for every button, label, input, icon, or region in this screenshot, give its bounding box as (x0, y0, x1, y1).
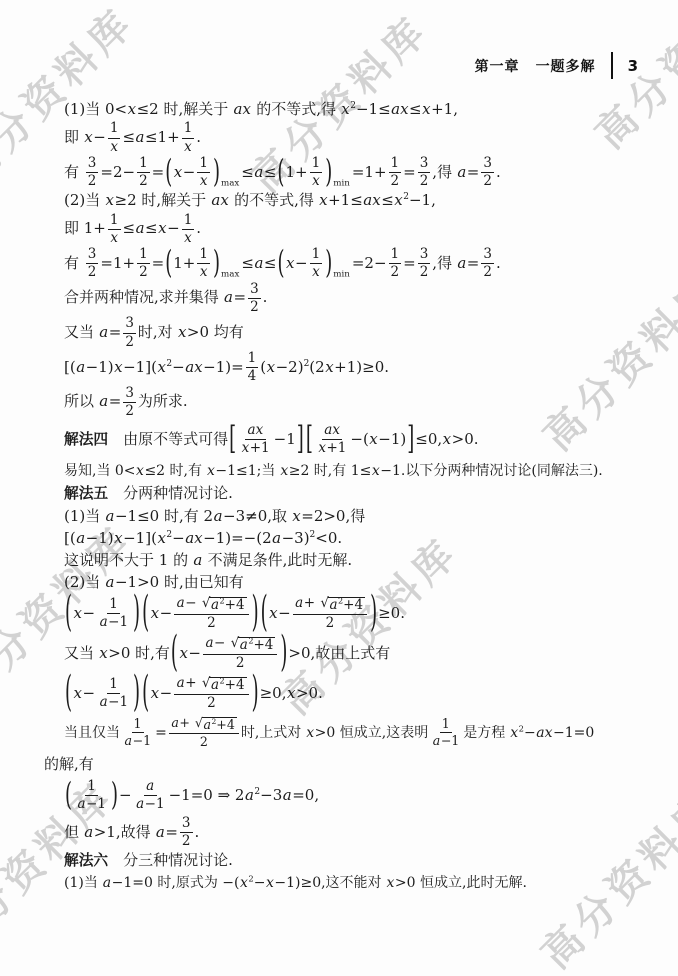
text-run: <0. (315, 529, 342, 547)
text-run: ,得 (432, 254, 457, 272)
fraction-denominator: x (310, 173, 323, 189)
math-variable: x (177, 323, 186, 341)
math-variable: ax (233, 100, 251, 118)
big-paren: ( (165, 248, 172, 280)
text-run: (1)当 (64, 875, 102, 891)
math-variable: a (76, 529, 86, 547)
fraction: 1x (310, 156, 323, 189)
fraction: 32 (418, 247, 431, 280)
text-run: . (263, 288, 268, 306)
math-variable: a (176, 595, 185, 611)
text-run: +1 (326, 440, 346, 456)
text-run: = (165, 823, 178, 841)
text-run: =1+ (352, 163, 387, 181)
math-variable: ax (185, 358, 203, 376)
math-variable: x (286, 254, 295, 272)
fraction: 32 (86, 156, 99, 189)
text-run: 2 (207, 695, 216, 711)
text-run: 不满足条件,此时无解. (203, 551, 352, 569)
text-run: 又当 (64, 323, 99, 341)
math-variable: x (371, 463, 380, 479)
text-run: −1 (86, 796, 106, 812)
text-line: (x−1a−1)(x−a+ √a2+42)≥0,x>0. (44, 673, 648, 713)
math-variable: x (184, 230, 193, 246)
text-run: ≥2 时,有 1≤ (289, 463, 372, 479)
math-variable: a (205, 635, 214, 651)
fraction-numerator: 1 (182, 121, 195, 138)
math-variable: a (239, 637, 248, 653)
math-variable: ax (211, 191, 229, 209)
text-run: = (152, 254, 165, 272)
fraction: a+ √a2+42 (174, 676, 248, 711)
sqrt-radical: √a2+4 (231, 637, 276, 653)
text-run: 时,上式对 (241, 725, 306, 741)
fraction: 32 (248, 282, 261, 315)
math-variable: x (150, 604, 159, 622)
math-variable: x (280, 463, 289, 479)
big-paren: ) (133, 593, 140, 635)
math-variable: x (99, 644, 108, 662)
math-variable: x (422, 100, 431, 118)
math-variable: ax (536, 725, 553, 741)
text-run: 3 (420, 246, 429, 262)
math-variable: x (114, 358, 123, 376)
fraction: 32 (180, 816, 193, 849)
fraction-denominator: 2 (86, 173, 99, 189)
text-run: − (254, 875, 266, 891)
text-run: 2 (420, 173, 429, 189)
text-run: +1)≥0. (334, 358, 389, 376)
text-run: 有 (64, 163, 84, 181)
text-run: >0,故由上式有 (288, 644, 390, 662)
fraction-denominator: 2 (418, 264, 431, 280)
text-run: −2) (276, 358, 304, 376)
math-variable: a (135, 128, 145, 146)
text-run: ≤ (264, 163, 277, 181)
fraction: a− √a2+42 (203, 636, 277, 671)
math-variable: x (73, 684, 82, 702)
text-run: − (214, 635, 230, 651)
fraction-denominator: 2 (389, 173, 402, 189)
page-header: 第一章 一题多解 3 (475, 52, 638, 79)
math-variable: ax (247, 422, 264, 438)
text-run: +4 (216, 717, 235, 732)
text-run: >0 时,有 (108, 644, 170, 662)
fraction-denominator: 2 (248, 299, 261, 315)
fraction: 12 (137, 247, 150, 280)
text-line: (1)当 a−1≤0 时,有 2a−3≠0,取 x=2>0,得 (44, 505, 648, 527)
text-line: 有 32=1+12=(1+1x)max≤a≤(x−1x)min=2−12=32,… (44, 246, 648, 281)
text-run: +4 (253, 637, 273, 653)
text-run: 2 (139, 173, 148, 189)
text-run: − (83, 604, 96, 622)
text-run: + (185, 675, 201, 691)
math-variable: x (341, 100, 350, 118)
big-paren: ) (133, 673, 140, 715)
big-paren: ( (65, 780, 72, 812)
math-variable: a (457, 254, 467, 272)
math-variable: x (312, 264, 321, 280)
text-run: = (152, 163, 165, 181)
fraction: 1a−1 (97, 597, 130, 630)
radicand: a2+4 (328, 597, 365, 613)
text-run: (2)当 (64, 191, 105, 209)
fraction-numerator: 1 (108, 213, 121, 230)
fraction-numerator: 1 (197, 156, 210, 173)
fraction-denominator: 4 (246, 368, 259, 384)
text-run: −1 (441, 733, 460, 748)
text-run: − (185, 595, 201, 611)
text-run: + (304, 595, 320, 611)
text-run: = (109, 323, 122, 341)
text-run: 1+ (173, 254, 195, 272)
fraction-denominator: 2 (418, 173, 431, 189)
text-run: 2 (483, 264, 492, 280)
text-run: >0 恒成立,这表明 (315, 725, 429, 741)
fraction-numerator: 3 (418, 156, 431, 173)
text-run: + (179, 715, 194, 730)
math-variable: x (157, 529, 166, 547)
text-run: 1 (199, 155, 208, 171)
big-paren: ) (252, 593, 259, 635)
fraction-denominator: a−1 (75, 796, 108, 812)
text-run: − (83, 684, 96, 702)
text-run: 1 (87, 778, 96, 794)
text-run: (2 (309, 358, 324, 376)
fraction-numerator: a− √a2+4 (174, 596, 248, 615)
text-run: −1=0 (553, 725, 594, 741)
text-run: −1)≥0,这不能对 (274, 875, 386, 891)
text-run: − (119, 786, 132, 804)
text-line: 即 1+1x≤a≤x−1x. (44, 211, 648, 246)
fraction-numerator: ax (245, 423, 266, 440)
fraction-denominator: 2 (180, 833, 193, 849)
sqrt-radical: √a2+4 (202, 677, 247, 693)
fraction-denominator: a−1 (430, 733, 461, 748)
fraction-numerator: 3 (86, 247, 99, 264)
text-line: 解法六 分三种情况讨论. (44, 849, 648, 872)
text-line: 的解,有 (44, 753, 648, 775)
header-divider-bar (611, 52, 613, 79)
text-run: = (234, 288, 247, 306)
text-run: 1 (139, 155, 148, 171)
math-variable: ax (363, 191, 381, 209)
text-run: 1 (110, 120, 119, 136)
text-run: 4 (248, 368, 257, 384)
text-run: 这说明不大于 1 的 (64, 551, 193, 569)
text-run: −1 (108, 694, 128, 710)
fraction: 1x (108, 121, 121, 154)
big-paren: [ (306, 424, 313, 456)
text-run: −1]( (123, 529, 157, 547)
fraction-numerator: 1 (132, 717, 144, 733)
text-run: 2 (207, 615, 216, 631)
text-run: 2 (125, 334, 134, 350)
text-line: 但 a>1,故得 a=32. (44, 815, 648, 850)
math-variable: a (99, 323, 109, 341)
text-run: = (403, 254, 416, 272)
section-title: 一题多解 (536, 56, 596, 76)
fraction-denominator: a−1 (97, 694, 130, 710)
math-variable: a (457, 163, 467, 181)
big-paren: ) (213, 157, 220, 189)
text-run: −3) (282, 529, 310, 547)
text-run: 2 (391, 173, 400, 189)
math-variable: a (99, 694, 108, 710)
math-variable: x (127, 100, 136, 118)
text-run: 2 (88, 173, 97, 189)
math-variable: a (432, 733, 441, 748)
text-run: 3 (420, 155, 429, 171)
fraction-numerator: 3 (180, 816, 193, 833)
fraction-numerator: 1 (137, 156, 150, 173)
text-line: 所以 a=32为所求. (44, 384, 648, 419)
text-line: (x−1a−1)(x−a− √a2+42)(x−a+ √a2+42)≥0. (44, 593, 648, 633)
big-paren: ) (370, 593, 377, 635)
math-variable: x (312, 173, 321, 189)
fraction-numerator: 3 (123, 316, 136, 333)
fraction-numerator: 3 (86, 156, 99, 173)
radicand: a2+4 (202, 717, 237, 732)
text-run: 1 (199, 246, 208, 262)
text-run: 1 (184, 212, 193, 228)
text-line: 易知,当 0<x≤2 时,有 x−1≤1;当 x≥2 时,有 1≤x−1.以下分… (44, 460, 648, 482)
fraction-numerator: 3 (123, 386, 136, 403)
text-run: 1 (184, 120, 193, 136)
fraction: 1a−1 (75, 779, 108, 812)
big-paren: ) (111, 780, 118, 812)
text-run: +4 (343, 597, 363, 613)
math-variable: x (84, 128, 93, 146)
math-variable: a (99, 392, 109, 410)
text-run: − (172, 529, 185, 547)
math-variable: x (442, 430, 451, 448)
fraction-denominator: 2 (123, 403, 136, 419)
text-run: 1 (110, 212, 119, 228)
text-run: 时,对 (138, 323, 178, 341)
text-run: 为所求. (138, 392, 188, 410)
text-line: 即 x−1x≤a≤1+1x. (44, 120, 648, 155)
text-run: 2 (182, 833, 191, 849)
fraction: a− √a2+42 (174, 596, 248, 631)
sqrt-radical: √a2+4 (202, 597, 247, 613)
text-run: −3 (260, 786, 282, 804)
math-variable: a (282, 786, 292, 804)
text-run: 2 (483, 173, 492, 189)
text-run: =2>0,得 (301, 507, 365, 525)
text-run: +1, (431, 100, 458, 118)
math-variable: x (184, 139, 193, 155)
fraction-denominator: 2 (198, 734, 210, 749)
text-run: 2 (88, 264, 97, 280)
fraction-denominator: a−1 (134, 796, 167, 812)
big-paren: [ (229, 424, 236, 456)
math-variable: a (295, 595, 304, 611)
text-run: −1]( (123, 358, 157, 376)
text-run: 2 (139, 264, 148, 280)
math-variable: a (105, 507, 115, 525)
text-run: 的不等式,得 (229, 191, 318, 209)
math-variable: x (394, 191, 403, 209)
text-run: = (403, 163, 416, 181)
text-run: − (160, 684, 173, 702)
math-variable: a (213, 507, 223, 525)
fraction: 12 (389, 247, 402, 280)
text-run: 1 (139, 246, 148, 262)
text-run: 1+ (285, 163, 307, 181)
math-variable: a (135, 219, 145, 237)
big-paren: ) (325, 248, 332, 280)
text-run: 有 (64, 254, 84, 272)
text-run: − (278, 604, 291, 622)
text-run: 2 (200, 734, 208, 749)
text-run: ≤2 时,解关于 (137, 100, 233, 118)
math-variable: a (224, 288, 234, 306)
text-run: −1 (108, 614, 128, 630)
text-run: − (93, 128, 106, 146)
math-variable: x (306, 725, 315, 741)
math-variable: a (329, 597, 338, 613)
text-run: [( (64, 529, 76, 547)
text-run: [( (64, 358, 76, 376)
math-variable: x (269, 604, 278, 622)
fraction: 32 (481, 156, 494, 189)
page-number: 3 (628, 57, 638, 75)
fraction: 32 (123, 316, 136, 349)
fraction: axx+1 (316, 423, 349, 456)
text-run: −1 (145, 796, 165, 812)
text-run: +4 (225, 597, 245, 613)
text-run: − (160, 604, 173, 622)
text-run: ≤ (264, 254, 277, 272)
text-line: [(a−1)x−1](x2−ax−1)=14(x−2)2(2x+1)≥0. (44, 350, 648, 385)
fraction-numerator: a+ √a2+4 (174, 676, 248, 695)
big-paren: ) (325, 157, 332, 189)
text-run: >0 均有 (187, 323, 244, 341)
fraction: a+ √a2+42 (169, 716, 239, 749)
text-run: . (496, 163, 501, 181)
fraction-denominator: 2 (205, 695, 218, 711)
text-line: (1)当 0<x≤2 时,解关于 ax 的不等式,得 x2−1≤ax≤x+1, (44, 98, 648, 120)
text-run: >1,故得 (94, 823, 156, 841)
text-line: (1)当 a−1=0 时,原式为 −(x2−x−1)≥0,这不能对 x>0 恒成… (44, 872, 648, 894)
radicand: a2+4 (238, 637, 275, 653)
text-run: ≤ (241, 163, 254, 181)
text-run: +1 (250, 440, 270, 456)
math-variable: a (176, 675, 185, 691)
radicand: a2+4 (209, 677, 246, 693)
fraction-numerator: a (144, 779, 157, 796)
fraction-denominator: 2 (389, 264, 402, 280)
fraction: 1x (108, 213, 121, 246)
big-paren: ( (165, 157, 172, 189)
big-paren: ] (407, 424, 414, 456)
math-variable: x (158, 219, 167, 237)
text-run: (1)当 (64, 507, 105, 525)
text-run: 1 (134, 716, 142, 731)
text-line: (2)当 x≥2 时,解关于 ax 的不等式,得 x+1≤ax≤x2−1, (44, 189, 648, 211)
text-run: 1 (391, 155, 400, 171)
math-variable: x (241, 440, 250, 456)
text-run: ≤ (123, 219, 136, 237)
text-run: −1) (86, 529, 114, 547)
fraction-numerator: 3 (248, 282, 261, 299)
text-line: [(a−1)x−1](x2−ax−1)=−(2a−3)2<0. (44, 527, 648, 549)
text-run: 3 (250, 281, 259, 297)
text-run: 3 (88, 246, 97, 262)
sqrt-radical: √a2+4 (320, 597, 365, 613)
math-variable: x (369, 430, 378, 448)
big-paren: ) (280, 633, 287, 675)
fraction-denominator: x+1 (239, 440, 272, 456)
fraction-numerator: 1 (246, 351, 259, 368)
text-run: 1 (442, 716, 450, 731)
math-variable: a (272, 529, 282, 547)
big-paren: ( (171, 633, 178, 675)
fraction: 32 (123, 386, 136, 419)
text-run: +4 (225, 677, 245, 693)
big-paren: ( (65, 673, 72, 715)
fraction-denominator: x (108, 139, 121, 155)
fraction-denominator: x+1 (316, 440, 349, 456)
math-variable: x (386, 875, 395, 891)
math-variable: ax (324, 422, 341, 438)
fraction: 1a−1 (430, 717, 461, 748)
math-variable: a (84, 823, 94, 841)
math-variable: a (136, 796, 145, 812)
fraction-numerator: 1 (108, 121, 121, 138)
text-run: − (188, 644, 201, 662)
fraction-numerator: 1 (182, 213, 195, 230)
text-run: − (167, 219, 180, 237)
fraction-numerator: 1 (310, 156, 323, 173)
fraction-numerator: 1 (107, 677, 120, 694)
text-run: 1 (248, 350, 257, 366)
math-variable: a (155, 823, 165, 841)
math-variable: x (105, 191, 114, 209)
text-run: 3 (182, 815, 191, 831)
fraction: 12 (137, 156, 150, 189)
math-variable: x (510, 725, 519, 741)
fraction-denominator: 2 (205, 615, 218, 631)
text-run: 3 (125, 385, 134, 401)
text-run: ≤ (381, 191, 394, 209)
text-run: >0. (296, 684, 323, 702)
fraction-denominator: 2 (234, 655, 247, 671)
text-run: −1)= (203, 358, 244, 376)
math-variable: x (73, 604, 82, 622)
math-variable: x (179, 644, 188, 662)
fraction-denominator: x (197, 264, 210, 280)
math-variable: ax (185, 529, 203, 547)
text-run: 1 (391, 246, 400, 262)
fraction: 12 (389, 156, 402, 189)
text-run: ≤1+ (145, 128, 180, 146)
fraction-denominator: x (197, 173, 210, 189)
text-run: ≤2 时,有 (144, 463, 206, 479)
bold-label: 解法五 (64, 485, 108, 502)
math-variable: x (110, 139, 119, 155)
math-variable: a (210, 677, 219, 693)
text-run: =2− (352, 254, 387, 272)
math-variable: x (199, 173, 208, 189)
math-variable: x (173, 163, 182, 181)
text-run: −1=0 时,原式为 −( (112, 875, 240, 891)
big-paren: ( (261, 593, 268, 635)
fraction-denominator: a−1 (97, 614, 130, 630)
text-run: = (467, 254, 480, 272)
math-variable: x (157, 358, 166, 376)
